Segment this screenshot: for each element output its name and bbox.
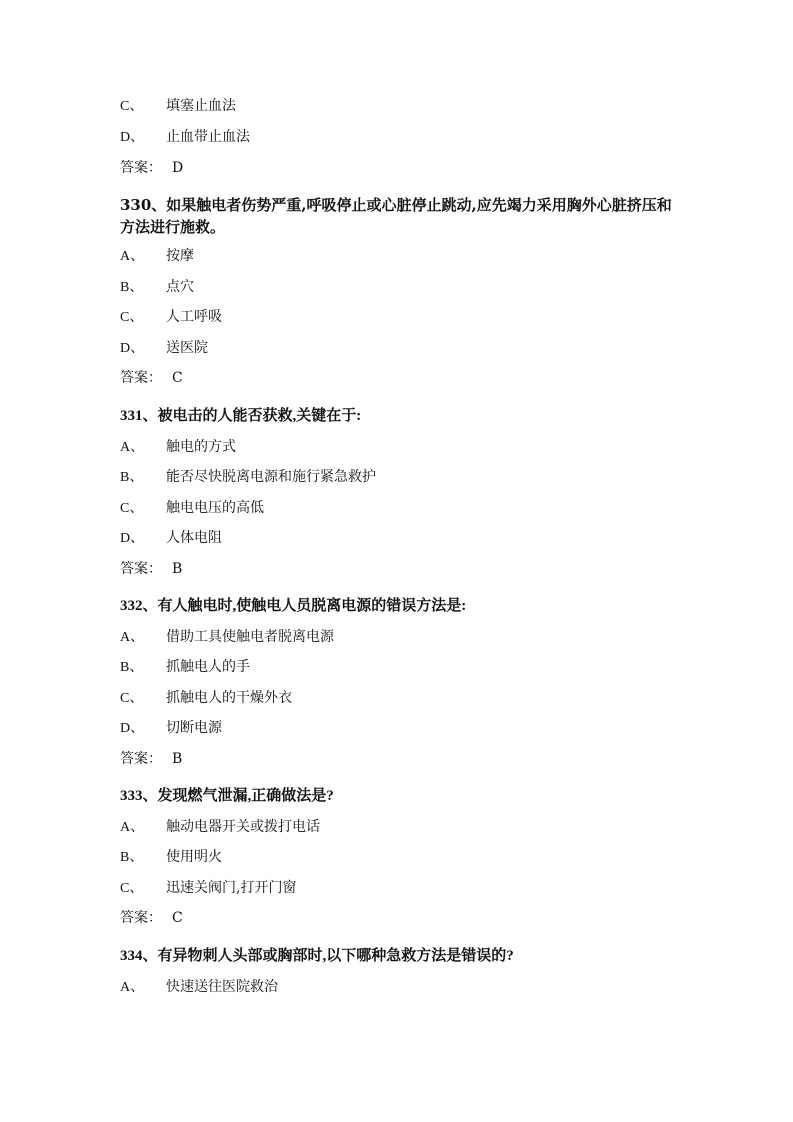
option-text: 填塞止血法	[166, 98, 236, 114]
answer-label: 答案：	[120, 908, 172, 928]
option-letter: C、	[120, 879, 166, 899]
option-a: A、按摩	[120, 246, 194, 267]
option-text: 人工呼吸	[166, 309, 222, 325]
option-text: 抓触电人的干燥外衣	[166, 690, 292, 706]
option-a: A、快速送往医院救治	[120, 977, 278, 998]
option-letter: B、	[120, 658, 166, 678]
question-332: 332、有人触电时,使触电人员脱离电源的错误方法是:	[120, 596, 466, 616]
option-c: C、触电电压的高低	[120, 498, 264, 519]
answer-line: 答案：D	[120, 158, 183, 178]
option-letter: D、	[120, 339, 166, 359]
option-letter: B、	[120, 848, 166, 868]
option-text: 切断电源	[166, 720, 222, 736]
option-letter: C、	[120, 97, 166, 117]
option-letter: A、	[120, 628, 166, 648]
option-a: A、借助工具使触电者脱离电源	[120, 627, 334, 648]
option-letter: D、	[120, 529, 166, 549]
option-letter: A、	[120, 247, 166, 267]
option-letter: C、	[120, 499, 166, 519]
option-b: B、抓触电人的手	[120, 657, 250, 678]
answer-line: 答案：B	[120, 559, 182, 579]
answer-value: B	[172, 561, 182, 577]
question-331: 331、被电击的人能否获救,关键在于:	[120, 406, 361, 426]
option-d: D、止血带止血法	[120, 127, 250, 148]
answer-value: C	[172, 910, 183, 926]
option-letter: A、	[120, 978, 166, 998]
option-letter: B、	[120, 278, 166, 298]
answer-label: 答案：	[120, 749, 172, 769]
option-c: C、人工呼吸	[120, 307, 222, 328]
option-text: 送医院	[166, 340, 208, 356]
option-text: 人体电阻	[166, 530, 222, 546]
option-text: 迅速关阀门,打开门窗	[166, 880, 296, 896]
question-334: 334、有异物刺人头部或胸部时,以下哪种急救方法是错误的?	[120, 946, 514, 966]
option-c: C、迅速关阀门,打开门窗	[120, 878, 296, 899]
option-text: 触电的方式	[166, 439, 236, 455]
option-d: D、人体电阻	[120, 528, 222, 549]
answer-label: 答案：	[120, 158, 172, 178]
option-text: 借助工具使触电者脱离电源	[166, 629, 334, 645]
option-b: B、点穴	[120, 277, 194, 298]
document-page: C、填塞止血法 D、止血带止血法 答案：D 330、如果触电者伤势严重,呼吸停止…	[0, 0, 793, 1122]
answer-line: 答案：B	[120, 749, 182, 769]
option-b: B、能否尽快脱离电源和施行紧急救护	[120, 467, 376, 488]
answer-value: D	[172, 160, 183, 176]
option-text: 快速送往医院救治	[166, 979, 278, 995]
option-text: 止血带止血法	[166, 129, 250, 145]
option-d: D、切断电源	[120, 718, 222, 739]
option-b: B、使用明火	[120, 847, 222, 868]
option-c: C、抓触电人的干燥外衣	[120, 688, 292, 709]
option-text: 抓触电人的手	[166, 659, 250, 675]
option-letter: D、	[120, 128, 166, 148]
option-c: C、填塞止血法	[120, 96, 236, 117]
answer-label: 答案：	[120, 559, 172, 579]
option-letter: D、	[120, 719, 166, 739]
option-letter: C、	[120, 689, 166, 709]
answer-line: 答案：C	[120, 908, 183, 928]
option-text: 触电电压的高低	[166, 500, 264, 516]
option-a: A、触动电器开关或拨打电话	[120, 817, 320, 838]
option-letter: A、	[120, 818, 166, 838]
answer-line: 答案：C	[120, 368, 183, 388]
question-330: 330、如果触电者伤势严重,呼吸停止或心脏停止跳动,应先竭力采用胸外心脏挤压和 …	[120, 194, 680, 238]
option-text: 能否尽快脱离电源和施行紧急救护	[166, 469, 376, 485]
option-letter: C、	[120, 308, 166, 328]
option-a: A、触电的方式	[120, 437, 236, 458]
option-letter: A、	[120, 438, 166, 458]
option-text: 使用明火	[166, 849, 222, 865]
question-333: 333、发现燃气泄漏,正确做法是?	[120, 786, 334, 806]
answer-label: 答案：	[120, 368, 172, 388]
option-text: 点穴	[166, 279, 194, 295]
answer-value: B	[172, 751, 182, 767]
option-d: D、送医院	[120, 338, 208, 359]
option-text: 按摩	[166, 248, 194, 264]
option-letter: B、	[120, 468, 166, 488]
answer-value: C	[172, 370, 183, 386]
option-text: 触动电器开关或拨打电话	[166, 819, 320, 835]
